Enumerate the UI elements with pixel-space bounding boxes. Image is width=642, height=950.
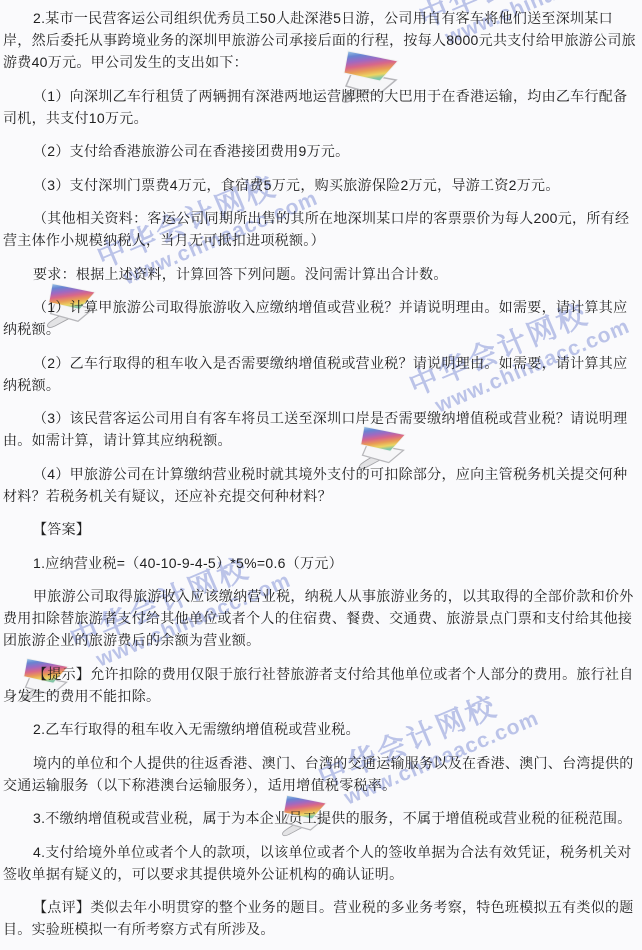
requirements: 要求：根据上述资料，计算回答下列问题。没问需计算出合计数。 [3, 263, 638, 285]
answer-3: 3.不缴纳增值税或营业税，属于为本企业员工提供的服务，不属于增值税或营业税的征税… [3, 807, 638, 829]
answer-1-formula: 1.应纳营业税=（40-10-9-4-5）*5%=0.6（万元） [3, 552, 638, 574]
answer-1-explanation: 甲旅游公司取得旅游收入应该缴纳营业税，纳税人从事旅游业务的，以其取得的全部价款和… [3, 585, 638, 651]
question-4: （4）甲旅游公司在计算缴纳营业税时就其境外支付的可扣除部分，应向主管税务机关提交… [3, 463, 638, 507]
answer-2: 2.乙车行取得的租车收入无需缴纳增值税或营业税。 [3, 718, 638, 740]
question-1: （1）计算甲旅游公司取得旅游收入应缴纳增值或营业税？并请说明理由。如需要，请计算… [3, 296, 638, 340]
question-stem: 2.某市一民营客运公司组织优秀员工50人赴深港5日游，公司用自有客车将他们送至深… [3, 7, 638, 73]
other-info: （其他相关资料：客运公司同期所出售的其所在地深圳某口岸的客票票价为每人200元，… [3, 207, 638, 251]
expense-item-1: （1）向深圳乙车行租赁了两辆拥有深港两地运营牌照的大巴用于在香港运输，均由乙车行… [3, 85, 638, 129]
answer-2-explanation: 境内的单位和个人提供的往返香港、澳门、台湾的交通运输服务以及在香港、澳门、台湾提… [3, 752, 638, 796]
exam-document-page: { "page": { "background_color": "#fafafc… [0, 0, 642, 950]
document-body: 2.某市一民营客运公司组织优秀员工50人赴深港5日游，公司用自有客车将他们送至深… [0, 0, 642, 950]
question-3: （3）该民营客运公司用自有客车将员工送至深圳口岸是否需要缴纳增值税或营业税？请说… [3, 407, 638, 451]
expense-item-2: （2）支付给香港旅游公司在香港接团费用9万元。 [3, 140, 638, 162]
question-2: （2）乙车行取得的租车收入是否需要缴纳增值税或营业税？请说明理由。如需要，请计算… [3, 352, 638, 396]
answer-4: 4.支付给境外单位或者个人的款项，以该单位或者个人的签收单据为合法有效凭证，税务… [3, 841, 638, 885]
reviewer-comment: 【点评】类似去年小明贯穿的整个业务的题目。营业税的多业务考察，特色班模拟五有类似… [3, 896, 638, 940]
answer-header: 【答案】 [3, 518, 638, 540]
answer-1-tip: 【提示】允许扣除的费用仅限于旅行社替旅游者支付给其他单位或者个人部分的费用。旅行… [3, 663, 638, 707]
expense-item-3: （3）支付深圳门票费4万元，食宿费5万元，购买旅游保险2万元，导游工资2万元。 [3, 174, 638, 196]
